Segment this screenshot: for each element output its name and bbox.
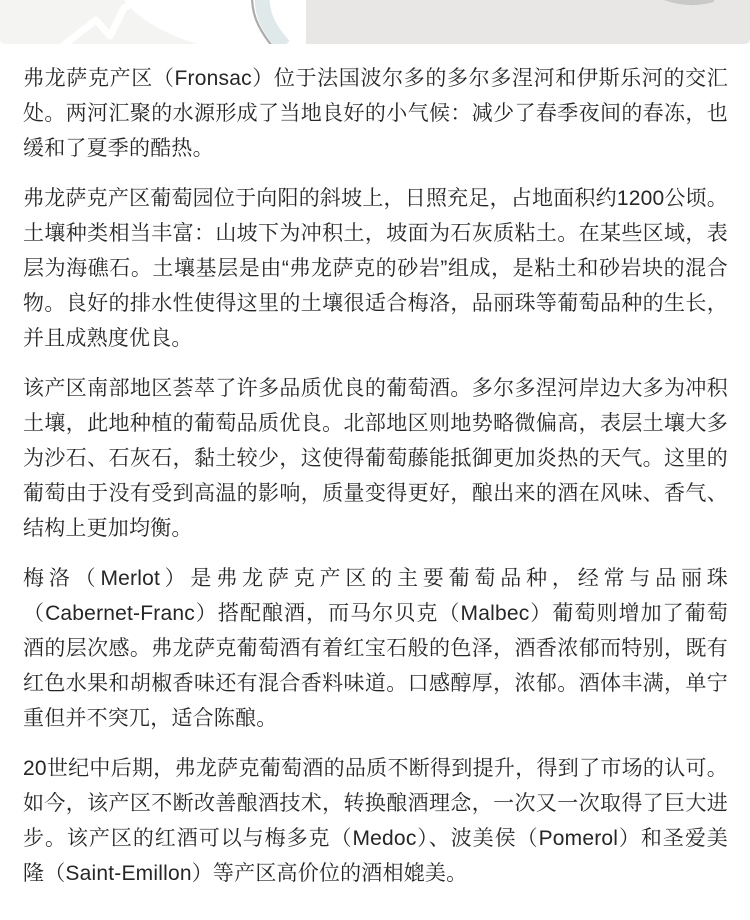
paragraph-vineyard-soil: 弗龙萨克产区葡萄园位于向阳的斜坡上，日照充足，占地面积约1200公顷。土壤种类相… (23, 181, 728, 356)
paragraph-region-location: 弗龙萨克产区（Fronsac）位于法国波尔多的多尔多涅河和伊斯乐河的交汇处。两河… (23, 61, 728, 166)
paragraph-grape-varieties-taste: 梅洛（Merlot）是弗龙萨克产区的主要葡萄品种，经常与品丽珠（Cabernet… (23, 561, 728, 736)
map-image-bottom-crop (0, 0, 750, 44)
paragraph-quality-reputation: 20世纪中后期，弗龙萨克葡萄酒的品质不断得到提升，得到了市场的认可。如今，该产区… (23, 751, 728, 891)
paragraph-south-north-terroir: 该产区南部地区荟萃了许多品质优良的葡萄酒。多尔多涅河岸边大多为冲积土壤，此地种植… (23, 371, 728, 546)
article-body: 弗龙萨克产区（Fronsac）位于法国波尔多的多尔多涅河和伊斯乐河的交汇处。两河… (0, 44, 750, 891)
map-graphic (0, 0, 750, 44)
